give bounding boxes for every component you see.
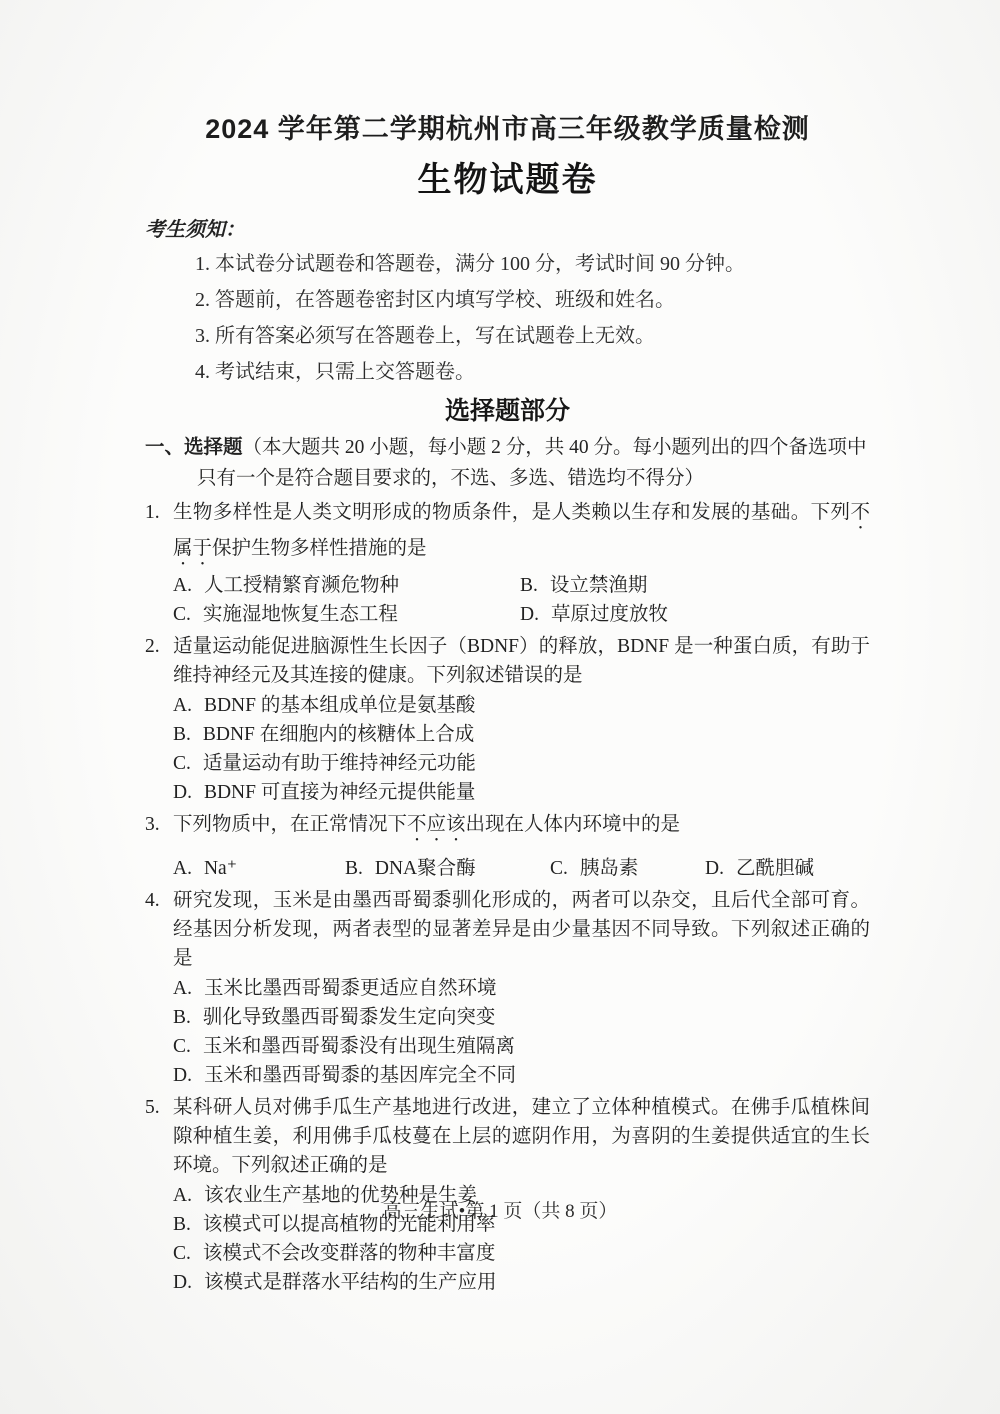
option-c: C.适量运动有助于维持神经元功能 xyxy=(173,749,870,778)
option-label: A. xyxy=(173,575,192,596)
question-stem: 下列物质中，在正常情况下不应该出现在人体内环境中的是 xyxy=(173,810,870,846)
option-text: 实施湿地恢复生态工程 xyxy=(203,604,398,625)
option-label: C. xyxy=(173,1036,191,1057)
question-number: 5. xyxy=(145,1093,160,1122)
option-d: D.BDNF 可直接为神经元提供能量 xyxy=(173,778,870,807)
text-segment: 生物多样性是人类文明形成的物质条件，是人类赖以生存和发展的基础。下列 xyxy=(173,502,850,523)
option-label: C. xyxy=(550,858,568,879)
option-text: 设立禁渔期 xyxy=(550,575,648,596)
option-d: D.草原过度放牧 xyxy=(520,600,870,629)
option-a: A.人工授精繁育濒危物种 xyxy=(173,571,520,600)
option-c: C.实施湿地恢复生态工程 xyxy=(173,600,520,629)
question-1: 1. 生物多样性是人类文明形成的物质条件，是人类赖以生存和发展的基础。下列不属于… xyxy=(145,498,870,629)
notice-heading: 考生须知： xyxy=(145,214,870,246)
option-label: B. xyxy=(173,724,191,745)
option-text: 人工授精繁育濒危物种 xyxy=(204,575,399,596)
option-c: C.该模式不会改变群落的物种丰富度 xyxy=(173,1239,870,1268)
option-label: D. xyxy=(705,858,724,879)
option-label: C. xyxy=(173,1243,191,1264)
question-number: 3. xyxy=(145,810,160,839)
option-text: 玉米和墨西哥蜀黍的基因库完全不同 xyxy=(204,1065,516,1086)
option-label: B. xyxy=(520,575,538,596)
option-b: B.驯化导致墨西哥蜀黍发生定向突变 xyxy=(173,1003,870,1032)
option-text: Na⁺ xyxy=(204,858,237,879)
option-text: 该模式是群落水平结构的生产应用 xyxy=(204,1272,497,1293)
text-segment: 一、选择题 xyxy=(145,436,243,458)
option-text: BDNF 可直接为神经元提供能量 xyxy=(204,782,475,803)
page-footer: 高三生试•第 1 页（共 8 页） xyxy=(0,1196,1000,1223)
option-d: D.该模式是群落水平结构的生产应用 xyxy=(173,1268,870,1297)
option-label: A. xyxy=(173,858,192,879)
option-d: D.乙酰胆碱 xyxy=(705,854,870,883)
text-segment: 保护生物多样性措施的是 xyxy=(212,538,427,559)
question-options: A.玉米比墨西哥蜀黍更适应自然环境 B.驯化导致墨西哥蜀黍发生定向突变 C.玉米… xyxy=(173,974,870,1090)
option-text: 驯化导致墨西哥蜀黍发生定向突变 xyxy=(203,1007,496,1028)
question-4: 4. 研究发现，玉米是由墨西哥蜀黍驯化形成的，两者可以杂交，且后代全部可育。经基… xyxy=(145,886,870,1090)
question-number: 1. xyxy=(145,498,160,527)
option-d: D.玉米和墨西哥蜀黍的基因库完全不同 xyxy=(173,1061,870,1090)
option-label: C. xyxy=(173,604,191,625)
question-5: 5. 某科研人员对佛手瓜生产基地进行改进，建立了立体种植模式。在佛手瓜植株间隙种… xyxy=(145,1093,870,1297)
notice-item: 1. 本试卷分试题卷和答题卷，满分 100 分，考试时间 90 分钟。 xyxy=(145,246,870,282)
question-stem: 适量运动能促进脑源性生长因子（BDNF）的释放，BDNF 是一种蛋白质，有助于维… xyxy=(173,632,870,690)
notice-item: 2. 答题前，在答题卷密封区内填写学校、班级和姓名。 xyxy=(145,282,870,318)
section-intro: 一、选择题（本大题共 20 小题，每小题 2 分，共 40 分。每小题列出的四个… xyxy=(145,432,870,494)
option-label: D. xyxy=(173,782,192,803)
exam-title: 2024 学年第二学期杭州市高三年级教学质量检测 xyxy=(145,112,870,146)
question-options: A.Na⁺ B.DNA聚合酶 C.胰岛素 D.乙酰胆碱 xyxy=(173,854,870,883)
option-a: A.Na⁺ xyxy=(173,854,345,883)
option-text: 草原过度放牧 xyxy=(551,604,668,625)
option-text: BDNF 的基本组成单位是氨基酸 xyxy=(204,695,475,716)
text-segment: 某科研人员对佛手瓜生产基地进行改进，建立了立体种植模式。在佛手瓜植株间隙种植生姜… xyxy=(173,1097,870,1176)
option-a: A.BDNF 的基本组成单位是氨基酸 xyxy=(173,691,870,720)
option-label: D. xyxy=(173,1272,192,1293)
option-text: 玉米和墨西哥蜀黍没有出现生殖隔离 xyxy=(203,1036,515,1057)
notice-item: 3. 所有答案必须写在答题卷上，写在试题卷上无效。 xyxy=(145,318,870,354)
option-label: D. xyxy=(173,1065,192,1086)
option-text: 乙酰胆碱 xyxy=(736,858,814,879)
question-options: A.BDNF 的基本组成单位是氨基酸 B.BDNF 在细胞内的核糖体上合成 C.… xyxy=(173,691,870,807)
emphasized-text: 不应该 xyxy=(407,814,466,835)
paper-title: 生物试题卷 xyxy=(145,158,870,202)
question-list: 1. 生物多样性是人类文明形成的物质条件，是人类赖以生存和发展的基础。下列不属于… xyxy=(145,498,870,1297)
option-text: DNA聚合酶 xyxy=(375,858,476,879)
option-text: 胰岛素 xyxy=(580,858,639,879)
option-b: B.BDNF 在细胞内的核糖体上合成 xyxy=(173,720,870,749)
text-segment: 研究发现，玉米是由墨西哥蜀黍驯化形成的，两者可以杂交，且后代全部可育。经基因分析… xyxy=(173,890,870,969)
notice-section: 考生须知： 1. 本试卷分试题卷和答题卷，满分 100 分，考试时间 90 分钟… xyxy=(145,214,870,390)
option-text: BDNF 在细胞内的核糖体上合成 xyxy=(203,724,474,745)
notice-item: 4. 考试结束，只需上交答题卷。 xyxy=(145,354,870,390)
option-label: A. xyxy=(173,695,192,716)
option-label: A. xyxy=(173,978,192,999)
question-number: 4. xyxy=(145,886,160,915)
option-a: A.玉米比墨西哥蜀黍更适应自然环境 xyxy=(173,974,870,1003)
option-label: C. xyxy=(173,753,191,774)
option-label: B. xyxy=(345,858,363,879)
option-text: 玉米比墨西哥蜀黍更适应自然环境 xyxy=(204,978,497,999)
option-b: B.DNA聚合酶 xyxy=(345,854,550,883)
section-title: 选择题部分 xyxy=(145,394,870,428)
option-label: B. xyxy=(173,1007,191,1028)
question-number: 2. xyxy=(145,632,160,661)
question-3: 3. 下列物质中，在正常情况下不应该出现在人体内环境中的是 A.Na⁺ B.DN… xyxy=(145,810,870,883)
option-c: C.玉米和墨西哥蜀黍没有出现生殖隔离 xyxy=(173,1032,870,1061)
question-stem: 生物多样性是人类文明形成的物质条件，是人类赖以生存和发展的基础。下列不属于保护生… xyxy=(173,498,870,570)
text-segment: （本大题共 20 小题，每小题 2 分，共 40 分。每小题列出的四个备选项中只… xyxy=(197,437,867,489)
option-text: 该模式不会改变群落的物种丰富度 xyxy=(203,1243,496,1264)
option-text: 适量运动有助于维持神经元功能 xyxy=(203,753,476,774)
option-b: B.设立禁渔期 xyxy=(520,571,870,600)
question-options: A.人工授精繁育濒危物种 B.设立禁渔期 C.实施湿地恢复生态工程 D.草原过度… xyxy=(173,571,870,629)
text-segment: 适量运动能促进脑源性生长因子（BDNF）的释放，BDNF 是一种蛋白质，有助于维… xyxy=(173,636,870,686)
option-label: D. xyxy=(520,604,539,625)
text-segment: 下列物质中，在正常情况下 xyxy=(173,814,407,835)
question-stem: 研究发现，玉米是由墨西哥蜀黍驯化形成的，两者可以杂交，且后代全部可育。经基因分析… xyxy=(173,886,870,973)
question-stem: 某科研人员对佛手瓜生产基地进行改进，建立了立体种植模式。在佛手瓜植株间隙种植生姜… xyxy=(173,1093,870,1180)
option-c: C.胰岛素 xyxy=(550,854,705,883)
exam-paper-page: 2024 学年第二学期杭州市高三年级教学质量检测 生物试题卷 考生须知： 1. … xyxy=(0,0,1000,1414)
question-2: 2. 适量运动能促进脑源性生长因子（BDNF）的释放，BDNF 是一种蛋白质，有… xyxy=(145,632,870,807)
text-segment: 出现在人体内环境中的是 xyxy=(466,814,681,835)
